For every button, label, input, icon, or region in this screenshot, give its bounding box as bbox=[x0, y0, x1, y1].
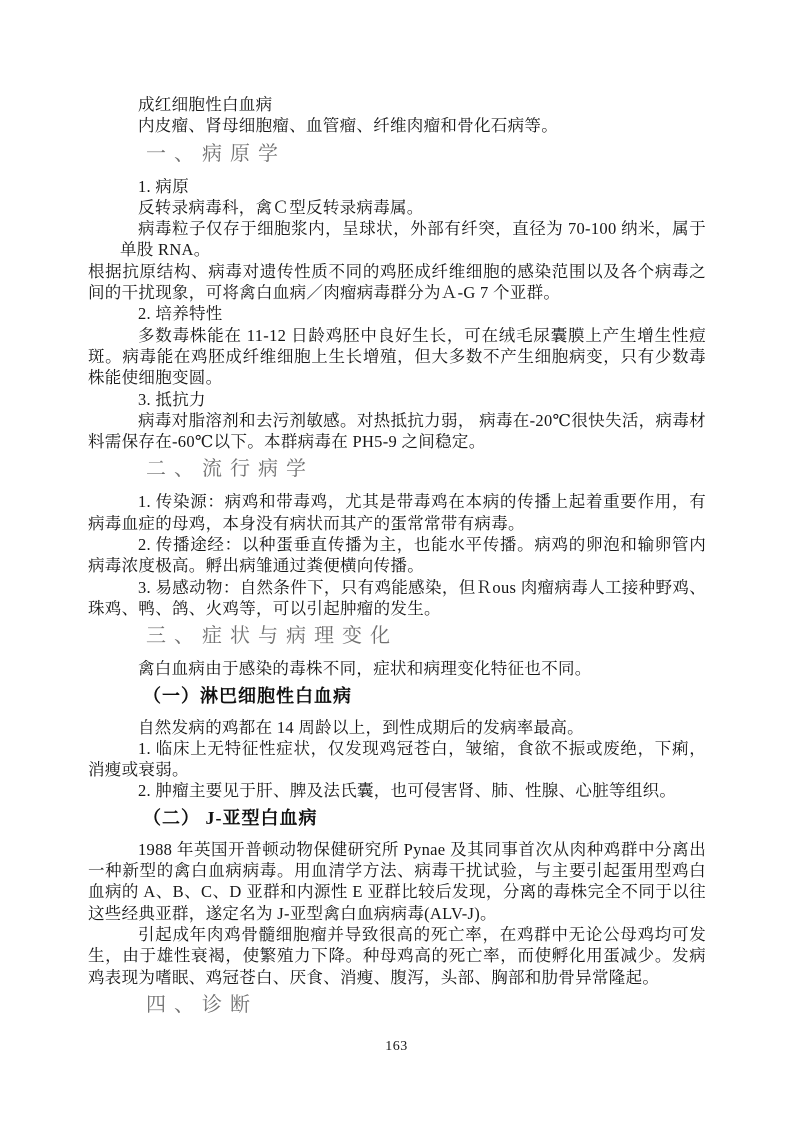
paragraph: 反转录病毒科，禽Ｃ型反转录病毒属。 bbox=[88, 197, 706, 218]
page-number: 163 bbox=[0, 1039, 793, 1055]
page-content: 成红细胞性白血病 内皮瘤、肾母细胞瘤、血管瘤、纤维肉瘤和骨化石病等。 一、病原学… bbox=[88, 94, 706, 1018]
paragraph: 多数毒株能在 11-12 日龄鸡胚中良好生长，可在绒毛尿囊膜上产生增生性痘斑。病… bbox=[88, 325, 706, 389]
paragraph: 病毒粒子仅存于细胞浆内，呈球状，外部有纤突，直径为 70-100 纳米，属于单股… bbox=[88, 218, 706, 261]
paragraph: 成红细胞性白血病 bbox=[88, 94, 706, 115]
list-item: 2. 传播途经：以种蛋垂直传播为主，也能水平传播。病鸡的卵泡和输卵管内病毒浓度极… bbox=[88, 534, 706, 577]
list-item: 3. 易感动物：自然条件下，只有鸡能感染，但Ｒous 肉瘤病毒人工接种野鸡、珠鸡… bbox=[88, 577, 706, 620]
heading-epidemiology: 二、流行病学 bbox=[88, 456, 706, 482]
paragraph: 禽白血病由于感染的毒株不同，症状和病理变化特征也不同。 bbox=[88, 658, 706, 679]
paragraph: 引起成年肉鸡骨髓细胞瘤并导致很高的死亡率，在鸡群中无论公母鸡均可发生，由于雄性衰… bbox=[88, 924, 706, 988]
subheading-j-subtype-leukosis: （二） J-亚型白血病 bbox=[88, 806, 706, 831]
list-item: 2. 培养特性 bbox=[88, 303, 706, 324]
heading-diagnosis: 四、诊断 bbox=[88, 992, 706, 1018]
list-item: 1. 临床上无特征性症状，仅发现鸡冠苍白，皱缩，食欲不振或废绝，下痢，消瘦或衰弱… bbox=[88, 738, 706, 781]
list-item: 3. 抵抗力 bbox=[88, 389, 706, 410]
paragraph: 1988 年英国开普顿动物保健研究所 Pynae 及其同事首次从肉种鸡群中分离出… bbox=[88, 839, 706, 924]
heading-pathogen: 一、病原学 bbox=[88, 141, 706, 167]
paragraph: 病毒对脂溶剂和去污剂敏感。对热抵抗力弱， 病毒在-20℃很快失活，病毒材料需保存… bbox=[88, 410, 706, 453]
document-page: 成红细胞性白血病 内皮瘤、肾母细胞瘤、血管瘤、纤维肉瘤和骨化石病等。 一、病原学… bbox=[0, 0, 793, 1122]
subheading-lymphoid-leukosis: （一）淋巴细胞性白血病 bbox=[88, 684, 706, 709]
list-item: 1. 传染源：病鸡和带毒鸡，尤其是带毒鸡在本病的传播上起着重要作用，有病毒血症的… bbox=[88, 491, 706, 534]
paragraph: 内皮瘤、肾母细胞瘤、血管瘤、纤维肉瘤和骨化石病等。 bbox=[88, 115, 706, 136]
heading-symptoms-pathology: 三、症状与病理变化 bbox=[88, 623, 706, 649]
paragraph: 自然发病的鸡都在 14 周龄以上，到性成期后的发病率最高。 bbox=[88, 717, 706, 738]
list-item: 2. 肿瘤主要见于肝、脾及法氏囊，也可侵害肾、肺、性腺、心脏等组织。 bbox=[88, 780, 706, 801]
paragraph: 根据抗原结构、病毒对遗传性质不同的鸡胚成纤维细胞的感染范围以及各个病毒之间的干扰… bbox=[88, 261, 706, 304]
list-item: 1. 病原 bbox=[88, 176, 706, 197]
